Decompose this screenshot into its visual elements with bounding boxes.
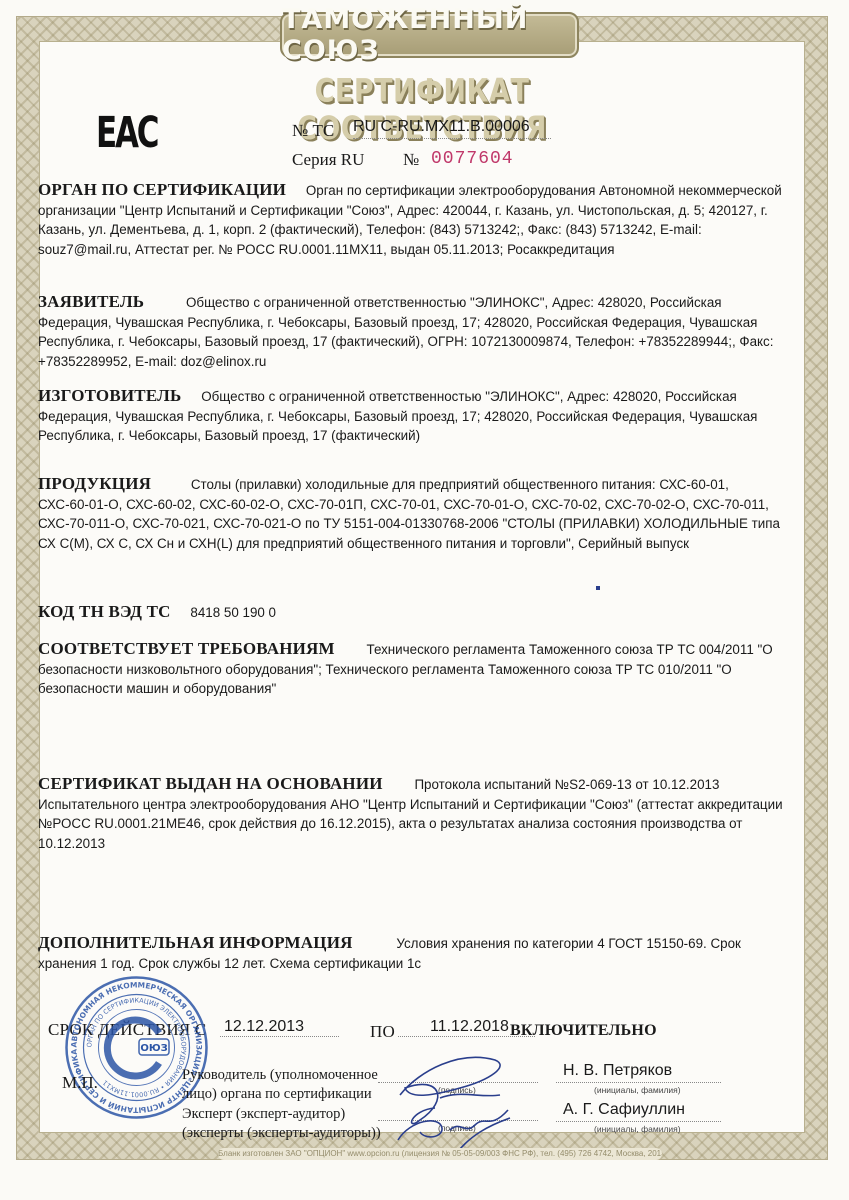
expert-label-line-1: Эксперт (эксперт-аудитор) (182, 1105, 381, 1124)
head-label: Руководитель (уполномоченное лицо) орган… (182, 1066, 378, 1104)
section-label: СЕРТИФИКАТ ВЫДАН НА ОСНОВАНИИ (38, 774, 383, 793)
series-number-label: № (403, 150, 419, 170)
head-label-line-2: лицо) органа по сертификации (182, 1085, 378, 1104)
expert-label: Эксперт (эксперт-аудитор) (эксперты (экс… (182, 1105, 381, 1143)
validity-date-from: 12.12.2013 (220, 1018, 339, 1037)
section-manufacturer: ИЗГОТОВИТЕЛЬ Общество с ограниченной отв… (38, 386, 783, 446)
section-certification-body: ОРГАН ПО СЕРТИФИКАЦИИ Орган по сертифика… (38, 180, 783, 259)
expert-name: А. Г. Сафиуллин (563, 1101, 685, 1119)
validity-to-label: ПО (370, 1022, 395, 1042)
head-name: Н. В. Петряков (563, 1062, 672, 1080)
section-applicant: ЗАЯВИТЕЛЬ Общество с ограниченной ответс… (38, 292, 783, 371)
head-label-line-1: Руководитель (уполномоченное (182, 1066, 378, 1085)
expert-label-line-2: (эксперты (эксперты-аудиторы)) (182, 1124, 381, 1143)
section-label: ДОПОЛНИТЕЛЬНАЯ ИНФОРМАЦИЯ (38, 933, 353, 952)
seal-place-label: М.П. (62, 1073, 98, 1092)
section-label: ПРОДУКЦИЯ (38, 474, 151, 493)
expert-name-caption: (инициалы, фамилия) (594, 1124, 681, 1134)
section-label: СООТВЕТСТВУЕТ ТРЕБОВАНИЯМ (38, 639, 335, 658)
section-text: 8418 50 190 0 (190, 605, 276, 620)
section-tn-ved: КОД ТН ВЭД ТС 8418 50 190 0 (38, 602, 783, 623)
eac-logo: EAC (96, 108, 157, 158)
svg-text:ОЮЗ: ОЮЗ (140, 1043, 167, 1054)
tc-number-label: № ТС (292, 121, 334, 141)
handwritten-signature-icon (380, 1040, 520, 1160)
expert-name-line (556, 1121, 721, 1122)
customs-union-banner: ТАМОЖЕННЫЙ СОЮЗ (280, 12, 579, 58)
section-label: КОД ТН ВЭД ТС (38, 602, 171, 621)
head-name-caption: (инициалы, фамилия) (594, 1085, 681, 1095)
series-label: Серия RU (292, 150, 364, 170)
section-label: ОРГАН ПО СЕРТИФИКАЦИИ (38, 180, 286, 199)
section-label: ИЗГОТОВИТЕЛЬ (38, 386, 181, 405)
tc-number-value: RU C-RU.MX11.B.00006 (353, 118, 551, 139)
section-text: Общество с ограниченной ответственностью… (38, 295, 773, 369)
ink-dot (596, 586, 600, 590)
section-basis: СЕРТИФИКАТ ВЫДАН НА ОСНОВАНИИ Протокола … (38, 774, 783, 853)
head-name-line (556, 1082, 721, 1083)
section-product: ПРОДУКЦИЯ Столы (прилавки) холодильные д… (38, 474, 783, 553)
section-requirements: СООТВЕТСТВУЕТ ТРЕБОВАНИЯМ Технического р… (38, 639, 783, 699)
validity-inclusive-label: ВКЛЮЧИТЕЛЬНО (510, 1022, 657, 1040)
section-label: ЗАЯВИТЕЛЬ (38, 292, 144, 311)
form-printer-footer: Бланк изготовлен ЗАО "ОПЦИОН" www.opcion… (218, 1148, 662, 1160)
section-additional-info: ДОПОЛНИТЕЛЬНАЯ ИНФОРМАЦИЯ Условия хранен… (38, 933, 783, 973)
svg-text:ОРГАН ПО СЕРТИФИКАЦИИ ЭЛЕКТРОО: ОРГАН ПО СЕРТИФИКАЦИИ ЭЛЕКТРООБОРУДОВАНИ… (85, 996, 187, 1098)
series-number: 0077604 (431, 149, 514, 169)
